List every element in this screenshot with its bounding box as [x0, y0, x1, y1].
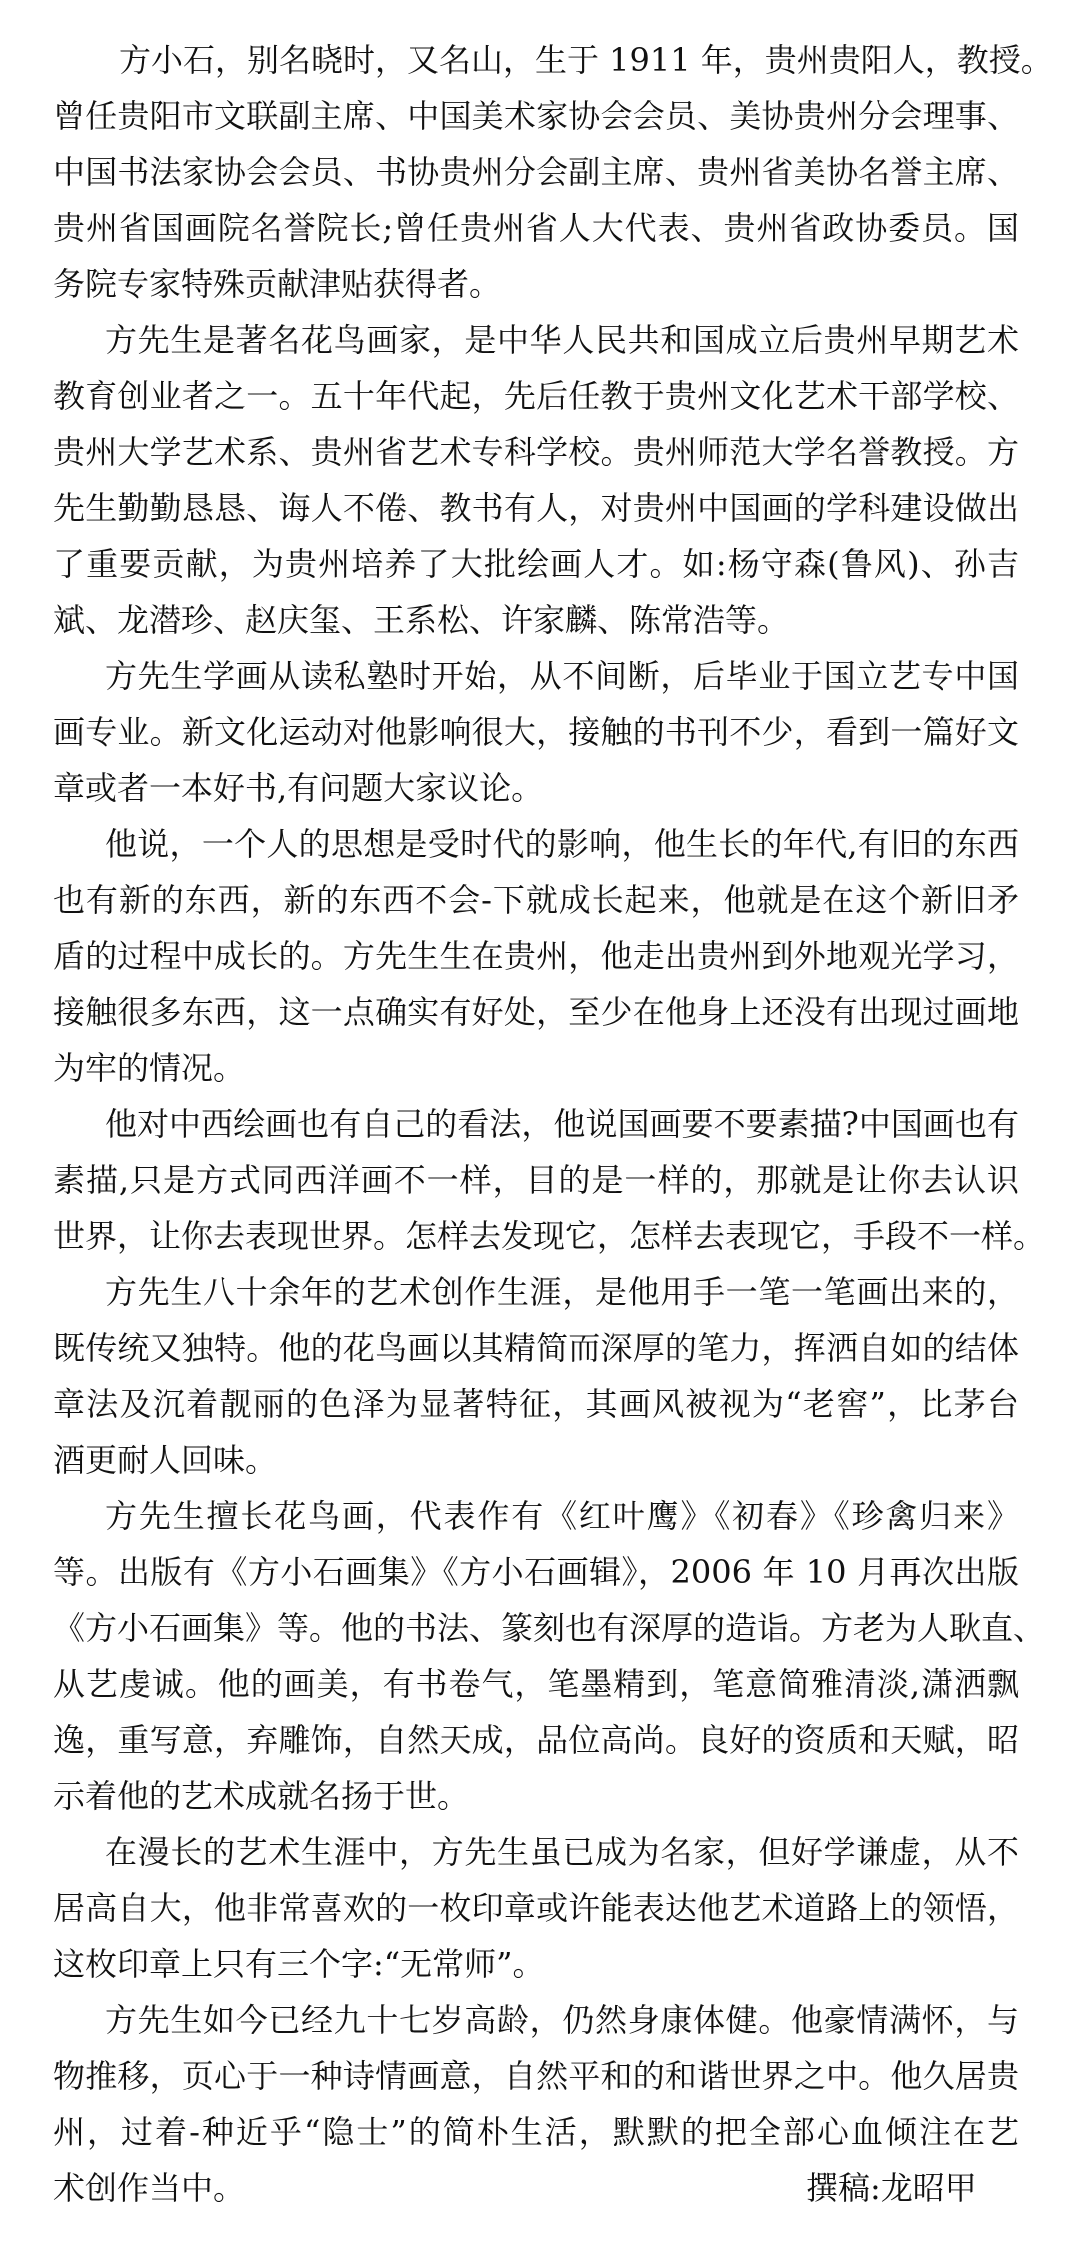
paragraph-artistic-career: 方先生八十余年的艺术创作生涯，是他用手一笔一笔画出来的， 既传统又独特。他的花鸟… [53, 1264, 1019, 1488]
text-line: 章或者一本好书,有问题大家议论。 [53, 760, 1019, 816]
text-line: 斌、龙潜珍、赵庆玺、王系松、许家麟、陈常浩等。 [53, 592, 1019, 648]
text-line: 画专业。新文化运动对他影响很大，接触的书刊不少，看到一篇好文 [53, 704, 1019, 760]
text-line: 《方小石画集》等。他的书法、篆刻也有深厚的造诣。方老为人耿直、 [53, 1600, 1019, 1656]
text-line: 务院专家特殊贡献津贴获得者。 [53, 256, 1019, 312]
paragraph-biography: 方小石，别名晓时，又名山，生于 1911 年，贵州贵阳人，教授。 曾任贵阳市文联… [53, 32, 1019, 312]
paragraph-education-career: 方先生是著名花鸟画家，是中华人民共和国成立后贵州早期艺术 教育创业者之一。五十年… [53, 312, 1019, 648]
text-line: 方先生擅长花鸟画，代表作有《红叶鹰》《初春》《珍禽归来》 [53, 1488, 1019, 1544]
author-signature: 撰稿:龙昭甲 [806, 2160, 977, 2216]
text-line: 盾的过程中成长的。方先生生在贵州，他走出贵州到外地观光学习， [53, 928, 1019, 984]
text-line: 方小石，别名晓时，又名山，生于 1911 年，贵州贵阳人，教授。 [53, 32, 1019, 88]
text-line: 他说，一个人的思想是受时代的影响，他生长的年代,有旧的东西 [53, 816, 1019, 872]
text-line: 酒更耐人回味。 [53, 1432, 1019, 1488]
text-line: 了重要贡献，为贵州培养了大批绘画人才。如:杨守森(鲁风)、孙吉 [53, 536, 1019, 592]
text-line: 方先生如今已经九十七岁高龄，仍然身康体健。他豪情满怀，与 [53, 1992, 1019, 2048]
text-line: 接触很多东西，这一点确实有好处，至少在他身上还没有出现过画地 [53, 984, 1019, 1040]
text-line: 州，过着-种近乎“隐士”的简朴生活，默默的把全部心血倾注在艺 [53, 2104, 1019, 2160]
paragraph-humility: 在漫长的艺术生涯中，方先生虽已成为名家，但好学谦虚，从不 居高自大，他非常喜欢的… [53, 1824, 1019, 1992]
text-line: 贵州大学艺术系、贵州省艺术专科学校。贵州师范大学名誉教授。方 [53, 424, 1019, 480]
text-line: 章法及沉着靓丽的色泽为显著特征，其画风被视为“老窖”，比茅台 [53, 1376, 1019, 1432]
text-line: 方先生是著名花鸟画家，是中华人民共和国成立后贵州早期艺术 [53, 312, 1019, 368]
text-line: 世界，让你去表现世界。怎样去发现它，怎样去表现它，手段不一样。 [53, 1208, 1019, 1264]
text-line: 贵州省国画院名誉院长;曾任贵州省人大代表、贵州省政协委员。国 [53, 200, 1019, 256]
text-line: 方先生学画从读私塾时开始，从不间断，后毕业于国立艺专中国 [53, 648, 1019, 704]
text-line: 也有新的东西，新的东西不会-下就成长起来，他就是在这个新旧矛 [53, 872, 1019, 928]
text-line: 素描,只是方式同西洋画不一样，目的是一样的，那就是让你去认识 [53, 1152, 1019, 1208]
paragraph-training: 方先生学画从读私塾时开始，从不间断，后毕业于国立艺专中国 画专业。新文化运动对他… [53, 648, 1019, 816]
text-line: 中国书法家协会会员、书协贵州分会副主席、贵州省美协名誉主席、 [53, 144, 1019, 200]
text-line: 逸，重写意，弃雕饰，自然天成，品位高尚。良好的资质和天赋，昭 [53, 1712, 1019, 1768]
paragraph-works: 方先生擅长花鸟画，代表作有《红叶鹰》《初春》《珍禽归来》 等。出版有《方小石画集… [53, 1488, 1019, 1824]
text-line: 既传统又独特。他的花鸟画以其精简而深厚的笔力，挥洒自如的结体 [53, 1320, 1019, 1376]
article-body: 方小石，别名晓时，又名山，生于 1911 年，贵州贵阳人，教授。 曾任贵阳市文联… [53, 32, 1019, 2216]
text-line: 他对中西绘画也有自己的看法，他说国画要不要素描?中国画也有 [53, 1096, 1019, 1152]
text-line: 方先生八十余年的艺术创作生涯，是他用手一笔一笔画出来的， [53, 1264, 1019, 1320]
text-line: 曾任贵阳市文联副主席、中国美术家协会会员、美协贵州分会理事、 [53, 88, 1019, 144]
text-line: 为牢的情况。 [53, 1040, 1019, 1096]
text-line: 等。出版有《方小石画集》《方小石画辑》，2006 年 10 月再次出版 [53, 1544, 1019, 1600]
text-line: 物推移，页心于一种诗情画意，自然平和的和谐世界之中。他久居贵 [53, 2048, 1019, 2104]
text-line: 从艺虔诚。他的画美，有书卷气，笔墨精到，笔意简雅清淡,潇洒飘 [53, 1656, 1019, 1712]
text-line: 这枚印章上只有三个字:“无常师”。 [53, 1936, 1019, 1992]
text-line: 教育创业者之一。五十年代起，先后任教于贵州文化艺术干部学校、 [53, 368, 1019, 424]
paragraph-painting-views: 他对中西绘画也有自己的看法，他说国画要不要素描?中国画也有 素描,只是方式同西洋… [53, 1096, 1019, 1264]
text-line: 先生勤勤恳恳、诲人不倦、教书有人，对贵州中国画的学科建设做出 [53, 480, 1019, 536]
text-line: 在漫长的艺术生涯中，方先生虽已成为名家，但好学谦虚，从不 [53, 1824, 1019, 1880]
text-line: 居高自大，他非常喜欢的一枚印章或许能表达他艺术道路上的领悟， [53, 1880, 1019, 1936]
text-line: 示着他的艺术成就名扬于世。 [53, 1768, 1019, 1824]
paragraph-thoughts: 他说，一个人的思想是受时代的影响，他生长的年代,有旧的东西 也有新的东西，新的东… [53, 816, 1019, 1096]
